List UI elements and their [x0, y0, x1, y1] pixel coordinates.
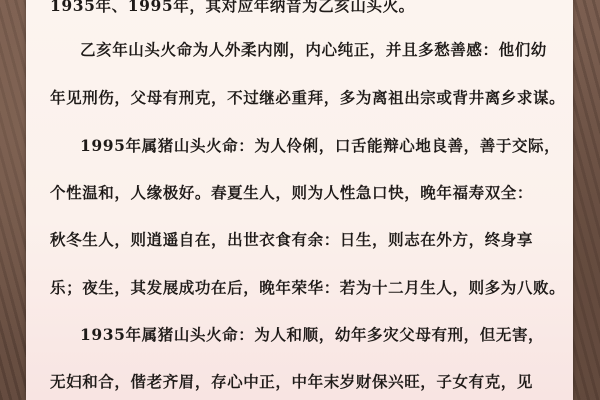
text-line-partial-top: 1935年、1995年，其对应年纳音为乙亥山头火。	[26, 0, 597, 16]
paragraph-yihai-line-1: 乙亥年山头火命为人外柔内刚，内心纯正，并且多愁善感：他们幼	[26, 38, 600, 60]
paragraph-1995-line-1: 1995年属猪山头火命：为人伶俐，口舌能辩心地良善，善于交际，	[26, 134, 600, 156]
paper-page: 1935年、1995年，其对应年纳音为乙亥山头火。 乙亥年山头火命为人外柔内刚，…	[26, 0, 573, 400]
paragraph-yihai-line-2: 年见刑伤，父母有刑克，不过继必重拜，多为离祖出宗或背井离乡求谋。	[26, 86, 597, 108]
paragraph-1995-line-4: 乐；夜生，其发展成功在后，晚年荣华：若为十二月生人，则多为八败。	[26, 276, 597, 298]
paragraph-1935-line-2: 无妇和合，偕老齐眉，存心中正，中年末岁财保兴旺，子女有克，见	[26, 370, 597, 392]
paragraph-1995-line-2: 个性温和，人缘极好。春夏生人，则为人性急口快，晚年福寿双全：	[26, 181, 597, 203]
paragraph-1935-line-1: 1935年属猪山头火命：为人和顺，幼年多灾父母有刑，但无害，	[26, 323, 600, 345]
paragraph-1995-line-3: 秋冬生人，则逍遥自在，出世衣食有余：日生，则志在外方，终身享	[26, 228, 597, 250]
